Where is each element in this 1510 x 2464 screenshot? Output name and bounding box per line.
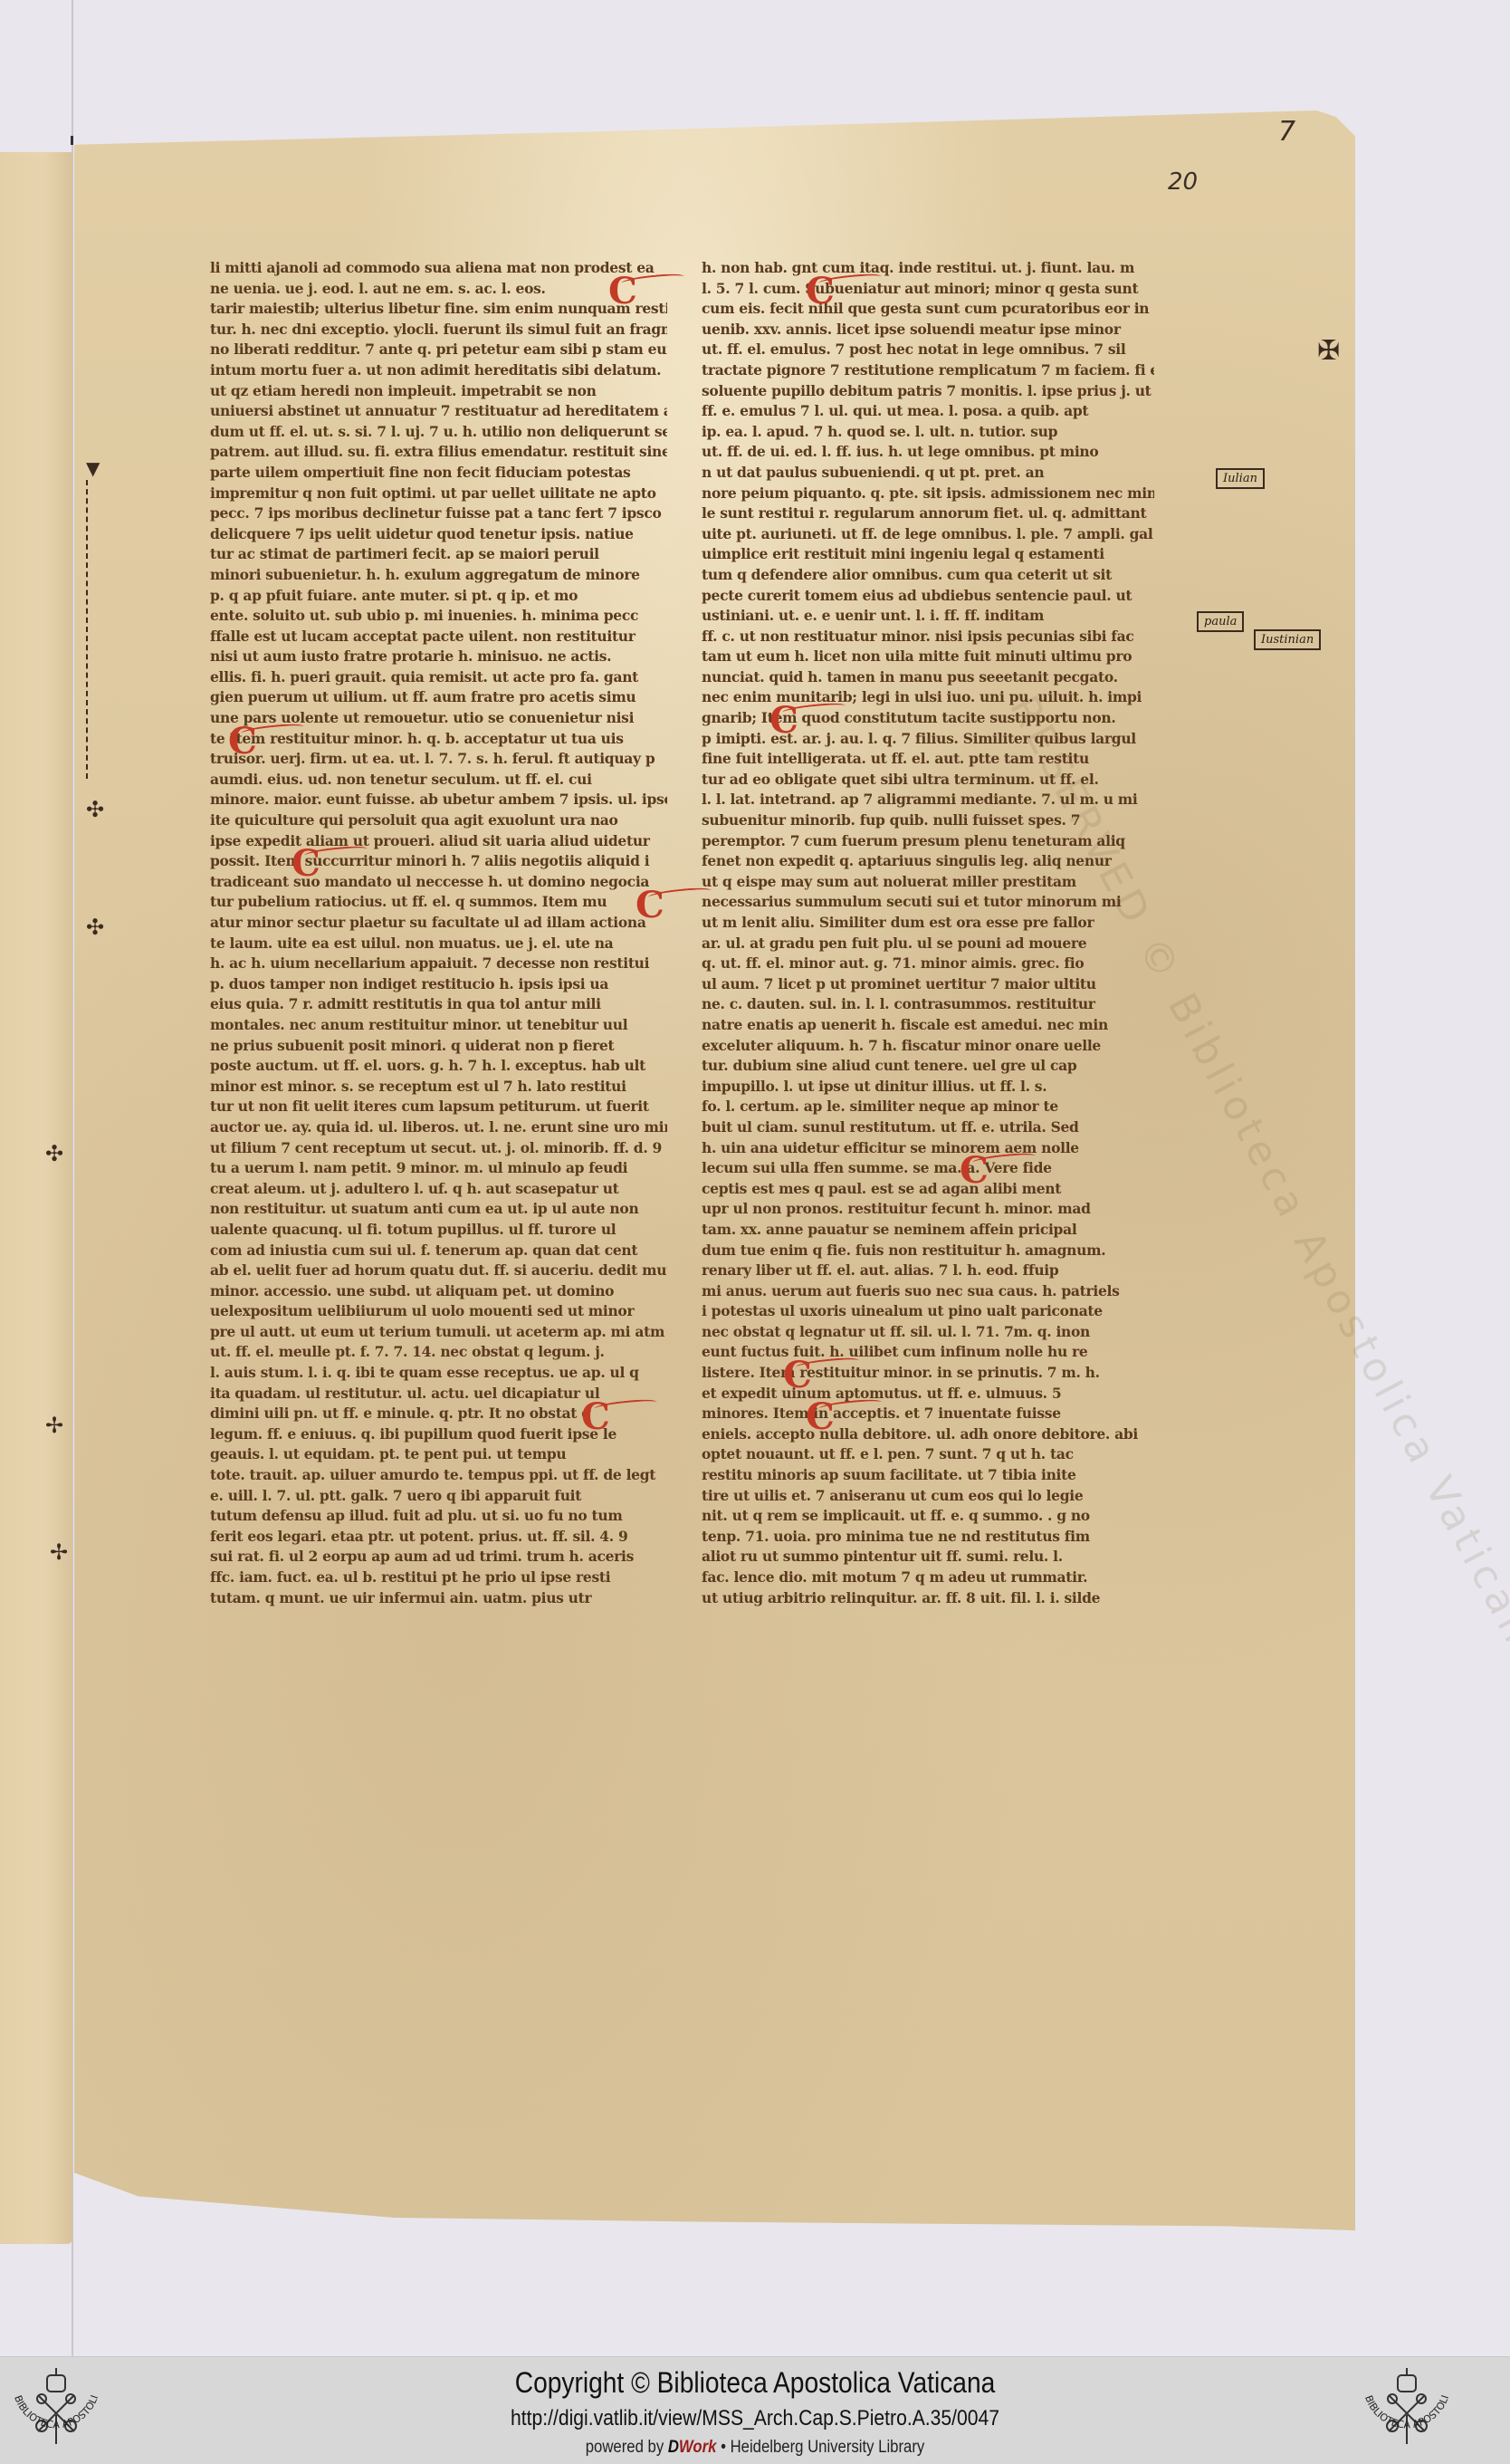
- permalink-url[interactable]: http://digi.vatlib.it/view/MSS_Arch.Cap.…: [91, 2406, 1419, 2431]
- marginal-nota-mark-5: ✢: [50, 1539, 68, 1565]
- manuscript-line: uelexpositum uelibiiurum ul uolo mouenti…: [210, 1301, 667, 1322]
- manuscript-line: ne. c. dauten. sul. in. l. l. contrasumm…: [702, 994, 1154, 1015]
- manuscript-line: tur ac stimat de partimeri fecit. ap se …: [210, 544, 667, 565]
- manuscript-line: tur ut non fit uelit iteres cum lapsum p…: [210, 1097, 667, 1117]
- manuscript-line: minor est minor. s. se receptum est ul 7…: [210, 1077, 667, 1098]
- image-viewport: 7 20 RESERVED © Biblioteca Apostolica Va…: [0, 0, 1510, 2356]
- manuscript-line: ipse expedit aliam ut proueri. aliud sit…: [210, 831, 667, 852]
- manuscript-line: exceluter aliquum. h. 7 h. fiscatur mino…: [702, 1036, 1154, 1057]
- manuscript-line: com ad iniustia cum sui ul. f. tenerum a…: [210, 1241, 667, 1261]
- manuscript-line: eniels. accepto nulla debitore. ul. adh …: [702, 1424, 1154, 1445]
- manuscript-line: tur pubelium ratiocius. ut ff. el. q sum…: [210, 892, 667, 913]
- manuscript-line: non restituitur. ut suatum anti cum ea u…: [210, 1199, 667, 1220]
- powered-by-text: powered by DWork • Heidelberg University…: [91, 2438, 1419, 2458]
- rubricated-initial: C: [769, 703, 798, 739]
- manuscript-line: auctor ue. ay. quia id. ul. liberos. ut.…: [210, 1117, 667, 1138]
- manuscript-line: i potestas ul uxoris uinealum ut pino ua…: [702, 1301, 1154, 1322]
- manuscript-line: li mitti ajanoli ad commodo sua aliena m…: [210, 258, 667, 279]
- manuscript-line: et expedit uinum aptomutus. ut ff. e. ul…: [702, 1384, 1154, 1405]
- manuscript-line: l. auis stum. l. i. q. ibi te quam esse …: [210, 1363, 667, 1384]
- manuscript-line: ut filium 7 cent receptum ut secut. ut. …: [210, 1138, 667, 1159]
- margin-note-iulian: Iulian: [1216, 468, 1265, 489]
- manuscript-line: possit. Item succurritur minori h. 7 ali…: [210, 851, 667, 872]
- margin-note-iustinian: Iustinian: [1254, 629, 1321, 650]
- manuscript-line: pecc. 7 ips moribus declinetur fuisse pa…: [210, 503, 667, 524]
- manuscript-line: ff. c. ut non restituatur minor. nisi ip…: [702, 627, 1154, 647]
- manuscript-line: ar. ul. at gradu pen fuit plu. ul se pou…: [702, 934, 1154, 954]
- manuscript-line: ualente quacunq. ul fi. totum pupillus. …: [210, 1220, 667, 1241]
- manuscript-line: nunciat. quid h. tamen in manu pus seeet…: [702, 667, 1154, 688]
- manuscript-line: p. duos tamper non indiget restitucio h.…: [210, 974, 667, 995]
- manuscript-line: ul aum. 7 licet p ut prominet uertitur 7…: [702, 974, 1154, 995]
- manuscript-line: renary liber ut ff. el. aut. alias. 7 l.…: [702, 1261, 1154, 1281]
- manuscript-line: eunt fuctus fuit. h. uilibet cum infinum…: [702, 1342, 1154, 1363]
- manuscript-line: uniuersi abstinet ut annuatur 7 restitua…: [210, 401, 667, 422]
- manuscript-line: uimplice erit restituit mini ingeniu leg…: [702, 544, 1154, 565]
- manuscript-line: gien puerum ut uilium. ut ff. aum fratre…: [210, 687, 667, 708]
- manuscript-line: nore peium piquanto. q. pte. sit ipsis. …: [702, 484, 1154, 504]
- manuscript-line: ip. ea. l. apud. 7 h. quod se. l. ult. n…: [702, 422, 1154, 443]
- manuscript-line: uenib. xxv. annis. licet ipse soluendi m…: [702, 320, 1154, 340]
- manuscript-line: nec obstat q legnatur ut ff. sil. ul. l.…: [702, 1322, 1154, 1343]
- marginal-cross-mark: ✠: [1317, 335, 1340, 367]
- manuscript-line: subuenitur minorib. fup quib. nulli fuis…: [702, 810, 1154, 831]
- manuscript-line: patrem. aut illud. su. fi. extra filius …: [210, 442, 667, 463]
- manuscript-line: nisi ut aum iusto fratre protarie h. min…: [210, 647, 667, 667]
- powered-by-prefix: powered by: [586, 2438, 668, 2457]
- manuscript-line: dum ut ff. el. ut. s. si. 7 l. uj. 7 u. …: [210, 422, 667, 443]
- rubricated-initial: C: [581, 1399, 610, 1435]
- manuscript-line: h. non hab. gnt cum itaq. inde restitui.…: [702, 258, 1154, 279]
- manuscript-line: geauis. l. ut equidam. pt. te pent pui. …: [210, 1444, 667, 1465]
- rubricated-initial: C: [636, 887, 664, 924]
- manuscript-line: h. ac h. uium necellarium appaiuit. 7 de…: [210, 954, 667, 974]
- manuscript-line: tum q defendere alior omnibus. cum qua c…: [702, 565, 1154, 586]
- manuscript-line: ut q eispe may sum aut noluerat miller p…: [702, 872, 1154, 893]
- manuscript-line: tam. xx. anne pauatur se neminem affein …: [702, 1220, 1154, 1241]
- svg-text:BIBLIOTECA APOSTOLICA VATICANA: BIBLIOTECA APOSTOLICA VATICANA: [5, 2361, 100, 2430]
- manuscript-line: tenp. 71. uoia. pro minima tue ne nd res…: [702, 1527, 1154, 1548]
- manuscript-line: ferit eos legari. etaa ptr. ut potent. p…: [210, 1527, 667, 1548]
- manuscript-line: poste auctum. ut ff. el. uors. g. h. 7 h…: [210, 1056, 667, 1077]
- manuscript-line: ne prius subuenit posit minori. q uidera…: [210, 1036, 667, 1057]
- manuscript-line: tam ut eum h. licet non uila mitte fuit …: [702, 647, 1154, 667]
- copyright-footer: BIBLIOTECA APOSTOLICA VATICANA BIBLIOTEC…: [0, 2356, 1510, 2464]
- manuscript-line: te laum. uite ea est uilul. non muatus. …: [210, 934, 667, 954]
- manuscript-line: l. 5. 7 l. cum. Subueniatur aut minori; …: [702, 279, 1154, 300]
- manuscript-line: listere. Item restituitur minor. in se p…: [702, 1363, 1154, 1384]
- manuscript-line: ente. soluito ut. sub ubio p. mi inuenie…: [210, 606, 667, 627]
- manuscript-line: ut qz etiam heredi non impleuit. impetra…: [210, 381, 667, 402]
- manuscript-line: atur minor sectur plaetur su facultate u…: [210, 913, 667, 934]
- manuscript-line: uite pt. auriuneti. ut ff. de lege omnib…: [702, 524, 1154, 545]
- manuscript-line: ff. e. emulus 7 l. ul. qui. ut mea. l. p…: [702, 401, 1154, 422]
- manuscript-line: minori subuenietur. h. h. exulum aggrega…: [210, 565, 667, 586]
- manuscript-line: ab el. uelit fuer ad horum quatu dut. ff…: [210, 1261, 667, 1281]
- marginal-nota-mark-4: ✢: [45, 1413, 63, 1438]
- manuscript-line: ut. ff. el. meulle pt. f. 7. 7. 14. nec …: [210, 1342, 667, 1363]
- manuscript-line: ite quiculture qui persoluit qua agit ex…: [210, 810, 667, 831]
- manuscript-line: p. q ap pfuit fuiare. ante muter. si pt.…: [210, 586, 667, 607]
- manuscript-line: no liberati redditur. 7 ante q. pri pete…: [210, 340, 667, 360]
- manuscript-line: tur ad eo obligate quet sibi ultra termi…: [702, 770, 1154, 791]
- manuscript-line: intum mortu fuer a. ut non adimit heredi…: [210, 360, 667, 381]
- manuscript-line: eius quia. 7 r. admitt restitutis in qua…: [210, 994, 667, 1015]
- manuscript-line: aumdi. eius. ud. non tenetur seculum. ut…: [210, 770, 667, 791]
- manuscript-line: creat aleum. ut j. adultero l. uf. q h. …: [210, 1179, 667, 1200]
- marginal-nota-mark-1: ✣: [86, 797, 104, 822]
- manuscript-line: impupillo. l. ut ipse ut dinitur illius.…: [702, 1077, 1154, 1098]
- marginal-nota-mark-3: ✣: [45, 1141, 63, 1166]
- manuscript-line: ne uenia. ue j. eod. l. aut ne em. s. ac…: [210, 279, 667, 300]
- manuscript-line: tutam. q munt. ue uir infermui ain. uatm…: [210, 1588, 667, 1609]
- manuscript-line: aliot ru ut summo pintentur uit ff. sumi…: [702, 1547, 1154, 1568]
- manuscript-line: nit. ut q rem se implicauit. ut ff. e. q…: [702, 1506, 1154, 1527]
- manuscript-line: pre ul autt. ut eum ut terium tumuli. ut…: [210, 1322, 667, 1343]
- manuscript-line: dum tue enim q fie. fuis non restituitur…: [702, 1241, 1154, 1261]
- manuscript-line: tractate pignore 7 restitutione remplica…: [702, 360, 1154, 381]
- manuscript-line: ut utiug arbitrio relinquitur. ar. ff. 8…: [702, 1588, 1154, 1609]
- heidelberg-credit: • Heidelberg University Library: [716, 2438, 924, 2457]
- copyright-text: Copyright © Biblioteca Apostolica Vatica…: [91, 2366, 1419, 2400]
- manuscript-line: ellis. fi. h. pueri grauit. quia remisit…: [210, 667, 667, 688]
- manuscript-line: ut. ff. el. emulus. 7 post hec notat in …: [702, 340, 1154, 360]
- rubricated-initial: C: [228, 724, 257, 760]
- manuscript-line: tarir maiestib; ulterius libetur fine. s…: [210, 299, 667, 320]
- facing-page-edge: [0, 152, 72, 2244]
- manuscript-line: le sunt restitui r. regularum annorum fi…: [702, 503, 1154, 524]
- manuscript-line: fo. l. certum. ap le. similiter neque ap…: [702, 1097, 1154, 1117]
- rubricated-initial: C: [806, 1399, 835, 1435]
- manuscript-line: mi anus. uerum aut fueris suo nec sua ca…: [702, 1281, 1154, 1302]
- rubricated-initial: C: [608, 273, 637, 310]
- manuscript-line: h. uin ana uidetur efficitur se minorem …: [702, 1138, 1154, 1159]
- dwork-logo-work[interactable]: Work: [679, 2438, 717, 2457]
- manuscript-line: sui rat. fi. ul 2 eorpu ap aum ad ud tri…: [210, 1547, 667, 1568]
- manuscript-line: tutum defensu ap illud. fuit ad plu. ut …: [210, 1506, 667, 1527]
- manuscript-line: soluente pupillo debitum patris 7 moniti…: [702, 381, 1154, 402]
- manuscript-line: buit ul ciam. sunul restitutum. ut ff. e…: [702, 1117, 1154, 1138]
- rubricated-initial: C: [960, 1153, 989, 1189]
- manuscript-line: ffc. iam. fuct. ea. ul b. restitui pt he…: [210, 1568, 667, 1588]
- manuscript-line: minores. Item in acceptis. et 7 inuentat…: [702, 1404, 1154, 1424]
- manuscript-line: cum eis. fecit nihil que gesta sunt cum …: [702, 299, 1154, 320]
- manuscript-line: ceptis est mes q paul. est se ad agan al…: [702, 1179, 1154, 1200]
- manuscript-line: optet nouaunt. ut ff. e l. pen. 7 sunt. …: [702, 1444, 1154, 1465]
- manuscript-line: lecum sui ulla ffen summe. se ma. a. Ver…: [702, 1158, 1154, 1179]
- folio-number-modern: 20: [1168, 168, 1198, 196]
- dwork-logo-d[interactable]: D: [668, 2438, 679, 2457]
- manuscript-line: delicquere 7 ips uelit uidetur quod tene…: [210, 524, 667, 545]
- manuscript-line: q. ut. ff. el. minor aut. g. 71. minor a…: [702, 954, 1154, 974]
- manuscript-line: ustiniani. ut. e. e uenir unt. l. i. ff.…: [702, 606, 1154, 627]
- marginal-nota-mark-2: ✣: [86, 915, 104, 940]
- manuscript-line: truisor. uerj. firm. ut ea. ut. l. 7. 7.…: [210, 749, 667, 770]
- manuscript-line: upr ul non pronos. restituitur fecunt h.…: [702, 1199, 1154, 1220]
- manuscript-line: fenet non expedit q. aptariuus singulis …: [702, 851, 1154, 872]
- manuscript-line: tire ut uilis et. 7 aniseranu ut cum eos…: [702, 1486, 1154, 1507]
- manuscript-line: necessarius summulum secuti sui et tutor…: [702, 892, 1154, 913]
- gutter-edge-mark: [71, 136, 73, 145]
- manuscript-line: ffalle est ut lucam acceptat pacte uilen…: [210, 627, 667, 647]
- manuscript-line: n ut dat paulus subueniendi. q ut pt. pr…: [702, 463, 1154, 484]
- manuscript-line: tote. trauit. ap. uiluer amurdo te. temp…: [210, 1465, 667, 1486]
- manuscript-line: restitu minoris ap suum facilitate. ut 7…: [702, 1465, 1154, 1486]
- manuscript-line: tu a uerum l. nam petit. 9 minor. m. ul …: [210, 1158, 667, 1179]
- manuscript-line: tur. dubium sine aliud cunt tenere. uel …: [702, 1056, 1154, 1077]
- manuscript-line: tur. h. nec dni exceptio. ylocli. fuerun…: [210, 320, 667, 340]
- text-column-right: h. non hab. gnt cum itaq. inde restitui.…: [702, 258, 1154, 1608]
- manuscript-line: pecte curerit tomem eius ad ubdiebus sen…: [702, 586, 1154, 607]
- rubricated-initial: C: [806, 273, 835, 310]
- manuscript-line: minor. accessio. une subd. ut aliquam pe…: [210, 1281, 667, 1302]
- manuscript-line: montales. nec anum restituitur minor. ut…: [210, 1015, 667, 1036]
- manuscript-line: e. uill. l. 7. ul. ptt. galk. 7 uero q i…: [210, 1486, 667, 1507]
- rubricated-initial: C: [783, 1357, 812, 1394]
- folio-number-top: 7: [1278, 116, 1295, 148]
- manuscript-line: peremptor. 7 cum fuerum presum plenu ten…: [702, 831, 1154, 852]
- manuscript-line: ut. ff. de ui. ed. l. ff. ius. h. ut leg…: [702, 442, 1154, 463]
- marginal-pointer-mark: ▼: [86, 457, 100, 479]
- marginal-bracket-line: [86, 480, 90, 779]
- manuscript-line: ut m lenit aliu. Similiter dum est ora e…: [702, 913, 1154, 934]
- manuscript-line: tradiceant suo mandato ul neccesse h. ut…: [210, 872, 667, 893]
- manuscript-line: minore. maior. eunt fuisse. ab ubetur am…: [210, 790, 667, 810]
- manuscript-line: l. l. lat. intetrand. ap 7 aligrammi med…: [702, 790, 1154, 810]
- manuscript-line: parte uilem ompertiuit fine non fecit fi…: [210, 463, 667, 484]
- manuscript-line: natre enatis ap uenerit h. fiscale est a…: [702, 1015, 1154, 1036]
- rubricated-initial: C: [291, 846, 320, 882]
- manuscript-line: fine fuit intelligerata. ut ff. el. aut.…: [702, 749, 1154, 770]
- manuscript-line: fac. lence dio. mit motum 7 q m adeu ut …: [702, 1568, 1154, 1588]
- margin-note-paula: paula: [1197, 611, 1244, 632]
- manuscript-line: impremitur q non fuit optimi. ut par uel…: [210, 484, 667, 504]
